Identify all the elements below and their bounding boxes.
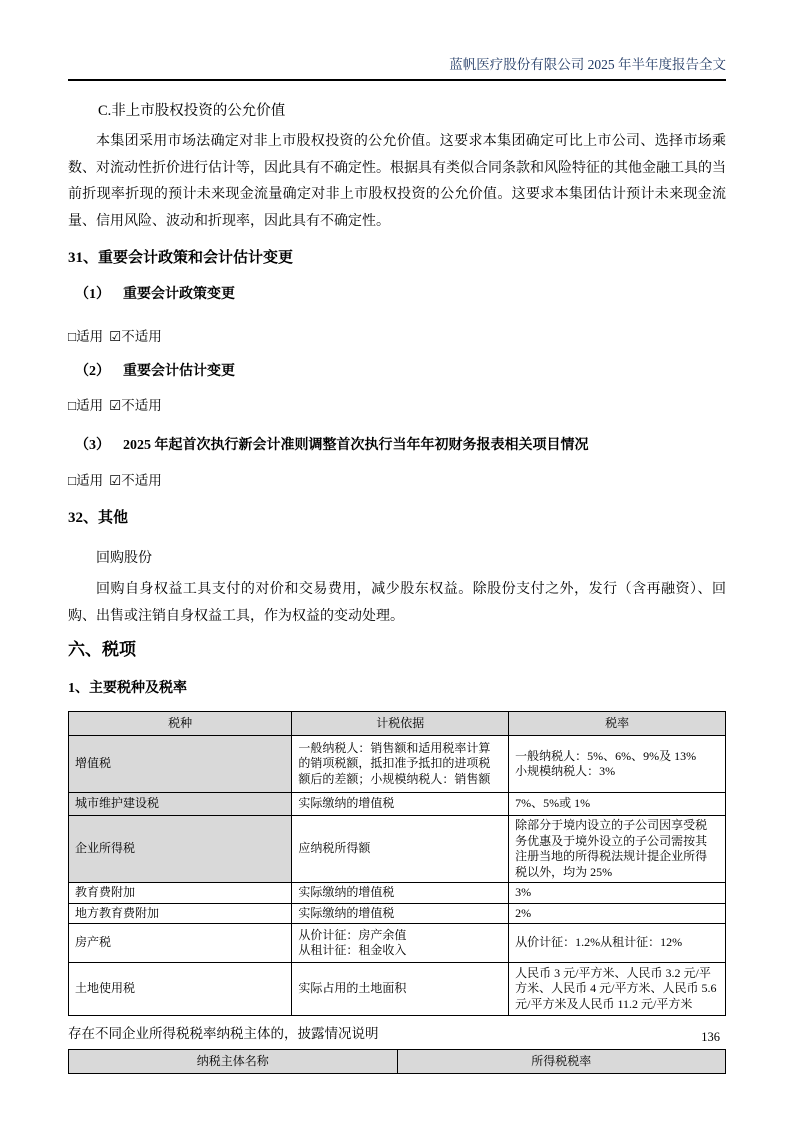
applicability-line-3: □适用☑不适用 <box>68 472 726 490</box>
tax-rate-cell: 除部分于境内设立的子公司因享受税务优惠及于境外设立的子公司需按其注册当地的所得税… <box>509 816 726 883</box>
fair-value-heading: C.非上市股权投资的公允价值 <box>98 103 726 120</box>
tax-rate-cell: 从价计征：1.2%从租计征：12% <box>509 924 726 963</box>
tax-basis-cell: 从价计征：房产余值 从租计征：租金收入 <box>292 924 509 963</box>
checkbox-checked-not-applicable: ☑不适用 <box>109 473 162 488</box>
page-number: 136 <box>701 1030 720 1045</box>
tax-entity-table: 纳税主体名称 所得税税率 <box>68 1049 726 1074</box>
item-3-title: 2025 年起首次执行新会计准则调整首次执行当年年初财务报表相关项目情况 <box>123 438 589 453</box>
table-row: 房产税 从价计征：房产余值 从租计征：租金收入 从价计征：1.2%从租计征：12… <box>69 924 726 963</box>
tax-rate-cell: 2% <box>509 903 726 924</box>
tax-basis-cell: 实际缴纳的增值税 <box>292 903 509 924</box>
section-32-heading: 32、其他 <box>68 509 726 527</box>
tax-basis-cell: 实际缴纳的增值税 <box>292 793 509 816</box>
table-row: 土地使用税 实际占用的土地面积 人民币 3 元/平方米、人民币 3.2 元/平方… <box>69 963 726 1016</box>
fair-value-paragraph: 本集团采用市场法确定对非上市股权投资的公允价值。这要求本集团确定可比上市公司、选… <box>68 129 726 235</box>
item-1-title: 重要会计政策变更 <box>123 287 235 302</box>
table-row: 地方教育费附加 实际缴纳的增值税 2% <box>69 903 726 924</box>
applicability-line-2: □适用☑不适用 <box>68 397 726 415</box>
report-title: 蓝帆医疗股份有限公司 2025 年半年度报告全文 <box>449 57 726 72</box>
item-2-title: 重要会计估计变更 <box>123 364 235 379</box>
tax-subheading: 1、主要税种及税率 <box>68 680 726 698</box>
entity-rate-header: 所得税税率 <box>397 1050 726 1074</box>
different-tax-rate-note: 存在不同企业所得税税率纳税主体的，披露情况说明 <box>68 1025 726 1043</box>
tax-table-header-row: 税种 计税依据 税率 <box>69 712 726 736</box>
tax-type-cell: 企业所得税 <box>69 816 292 883</box>
tax-rate-cell: 3% <box>509 883 726 904</box>
table-row: 教育费附加 实际缴纳的增值税 3% <box>69 883 726 904</box>
tax-rate-header: 税率 <box>509 712 726 736</box>
tax-rate-table: 税种 计税依据 税率 增值税 一般纳税人：销售额和适用税率计算的销项税额，抵扣准… <box>68 711 726 1016</box>
item-1-number: （1） <box>75 287 110 302</box>
table-row: 增值税 一般纳税人：销售额和适用税率计算的销项税额，抵扣准予抵扣的进项税额后的差… <box>69 736 726 793</box>
checkbox-checked-not-applicable: ☑不适用 <box>109 398 162 413</box>
tax-type-cell: 教育费附加 <box>69 883 292 904</box>
running-header: 蓝帆医疗股份有限公司 2025 年半年度报告全文 <box>68 0 726 81</box>
tax-rate-cell: 人民币 3 元/平方米、人民币 3.2 元/平方米、人民币 4 元/平方米、人民… <box>509 963 726 1016</box>
applicability-line-1: □适用☑不适用 <box>68 328 726 346</box>
section-32-paragraph: 回购自身权益工具支付的对价和交易费用，减少股东权益。除股份支付之外，发行（含再融… <box>68 577 726 630</box>
checkbox-unchecked-applicable: □适用 <box>68 398 103 413</box>
report-page: 蓝帆医疗股份有限公司 2025 年半年度报告全文 C.非上市股权投资的公允价值 … <box>0 0 794 1123</box>
section-32-subheading: 回购股份 <box>68 550 726 568</box>
checkbox-unchecked-applicable: □适用 <box>68 473 103 488</box>
item-2-number: （2） <box>75 364 110 379</box>
tax-basis-cell: 应纳税所得额 <box>292 816 509 883</box>
tax-type-cell: 土地使用税 <box>69 963 292 1016</box>
checkbox-checked-not-applicable: ☑不适用 <box>109 329 162 344</box>
tax-type-cell: 城市维护建设税 <box>69 793 292 816</box>
tax-type-header: 税种 <box>69 712 292 736</box>
tax-section-heading: 六、税项 <box>68 640 726 660</box>
section-31-heading: 31、重要会计政策和会计估计变更 <box>68 249 726 267</box>
table-row: 城市维护建设税 实际缴纳的增值税 7%、5%或 1% <box>69 793 726 816</box>
item-3-number: （3） <box>75 438 110 453</box>
tax-basis-cell: 一般纳税人：销售额和适用税率计算的销项税额，抵扣准予抵扣的进项税额后的差额；小规… <box>292 736 509 793</box>
tax-basis-header: 计税依据 <box>292 712 509 736</box>
tax-type-cell: 增值税 <box>69 736 292 793</box>
tax-type-cell: 地方教育费附加 <box>69 903 292 924</box>
section-31-item-2-heading: （2）重要会计估计变更 <box>68 363 726 381</box>
checkbox-unchecked-applicable: □适用 <box>68 329 103 344</box>
tax-type-cell: 房产税 <box>69 924 292 963</box>
entity-table-header-row: 纳税主体名称 所得税税率 <box>69 1050 726 1074</box>
section-31-item-1-heading: （1）重要会计政策变更 <box>68 286 726 304</box>
entity-name-header: 纳税主体名称 <box>69 1050 398 1074</box>
tax-basis-cell: 实际占用的土地面积 <box>292 963 509 1016</box>
section-31-item-3-heading: （3）2025 年起首次执行新会计准则调整首次执行当年年初财务报表相关项目情况 <box>68 437 726 455</box>
tax-basis-cell: 实际缴纳的增值税 <box>292 883 509 904</box>
tax-rate-cell: 7%、5%或 1% <box>509 793 726 816</box>
table-row: 企业所得税 应纳税所得额 除部分于境内设立的子公司因享受税务优惠及于境外设立的子… <box>69 816 726 883</box>
tax-rate-cell: 一般纳税人：5%、6%、9%及 13% 小规模纳税人：3% <box>509 736 726 793</box>
